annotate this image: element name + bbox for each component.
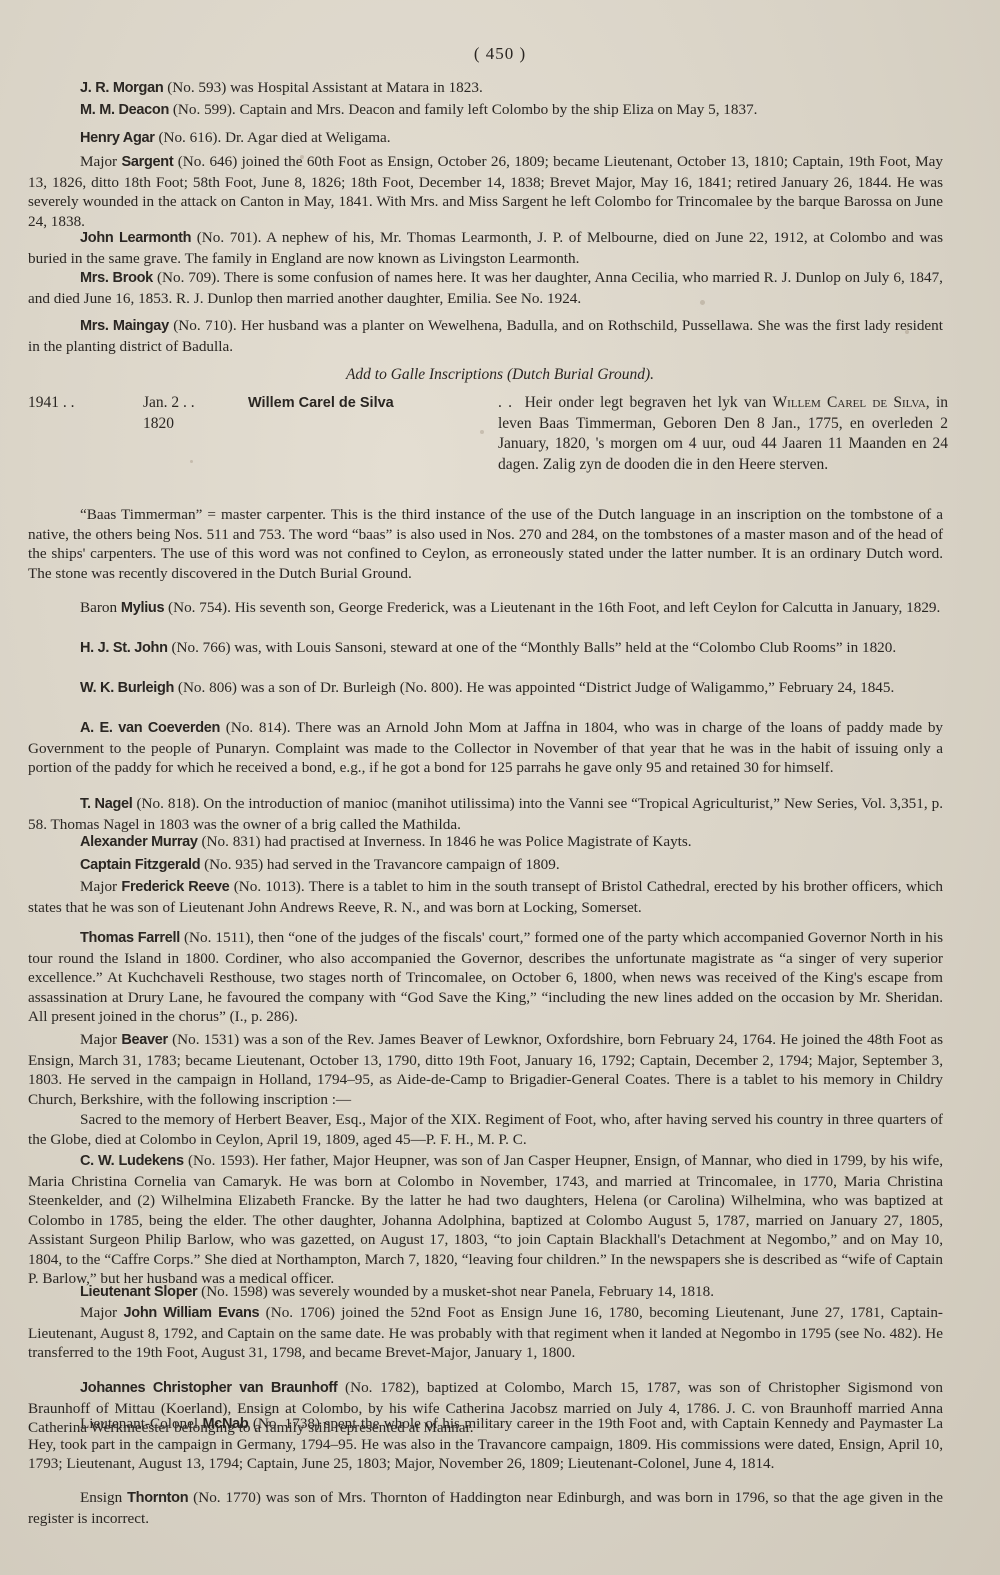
paper-spot [905,330,909,334]
entry-paragraph: Ensign Thornton (No. 1770) was son of Mr… [28,1488,943,1528]
entry-paragraph: Alexander Murray (No. 831) had practised… [28,832,943,853]
entry-paragraph: Major Sargent (No. 646) joined the 60th … [28,152,943,231]
entry-paragraph: Captain Fitzgerald (No. 935) had served … [28,855,943,876]
entry-prefix: Baron [80,599,121,616]
entry-text: “Baas Timmerman” = master carpenter. Thi… [28,506,943,582]
entry-text: (No. 616). Dr. Agar died at Weligama. [155,129,391,146]
entry-paragraph: Lieutenant-Colonel McNab (No. 1738) spen… [28,1414,943,1474]
entry-paragraph: H. J. St. John (No. 766) was, with Louis… [28,638,943,659]
entry-name: McNab [202,1416,248,1432]
entry-name: John Learmonth [80,230,191,246]
entry-paragraph: M. M. Deacon (No. 599). Captain and Mrs.… [28,100,943,121]
entry-name: Beaver [121,1032,168,1048]
entry-text: (No. 831) had practised at Inverness. In… [198,833,692,850]
entry-prefix: Ensign [80,1489,127,1506]
entry-name: Sargent [121,154,173,170]
entry-name: A. E. van Coeverden [80,720,220,736]
entry-paragraph: Lieutenant Sloper (No. 1598) was severel… [28,1282,943,1303]
entry-prefix: Major [80,1304,124,1321]
entry-text: (No. 1598) was severely wounded by a mus… [197,1283,714,1300]
entry-paragraph: J. R. Morgan (No. 593) was Hospital Assi… [28,78,943,99]
paper-spot [480,430,484,434]
entry-text: (No. 935) had served in the Travancore c… [200,856,559,873]
entry-paragraph: W. K. Burleigh (No. 806) was a son of Dr… [28,678,943,699]
entry-name: Thornton [127,1490,188,1506]
entry-name: Mrs. Brook [80,270,153,286]
entry-name: C. W. Ludekens [80,1153,184,1169]
entry-text: (No. 1593). Her father, Major Heupner, w… [28,1152,943,1287]
inscription-name: Willem Carel de Silva [248,393,394,414]
entry-name: M. M. Deacon [80,102,169,118]
inscription-number: 1941 . . [28,393,75,414]
inscription-text: . . Heir onder legt begraven het lyk van… [498,393,948,475]
entry-paragraph: Baron Mylius (No. 754). His seventh son,… [28,598,943,619]
entry-text: Sacred to the memory of Herbert Beaver, … [28,1111,943,1148]
entry-name: Thomas Farrell [80,930,180,946]
entry-name: Henry Agar [80,130,155,146]
paper-spot [300,155,304,159]
entry-text: (No. 593) was Hospital Assistant at Mata… [163,79,482,96]
entry-paragraph: Thomas Farrell (No. 1511), then “one of … [28,928,943,1027]
paper-spot [700,300,705,305]
entry-prefix: Major [80,1031,121,1048]
entry-paragraph: Major John William Evans (No. 1706) join… [28,1303,943,1363]
entry-paragraph: Mrs. Maingay (No. 710). Her husband was … [28,316,943,356]
entry-paragraph: Mrs. Brook (No. 709). There is some conf… [28,268,943,308]
entry-name: Mrs. Maingay [80,318,169,334]
entry-text: (No. 806) was a son of Dr. Burleigh (No.… [174,679,894,696]
entry-paragraph: Henry Agar (No. 616). Dr. Agar died at W… [28,128,943,149]
entry-text: (No. 599). Captain and Mrs. Deacon and f… [169,101,757,118]
paper-spot [190,460,193,463]
entry-name: Johannes Christopher van Braunhoff [80,1380,337,1396]
entry-name: John William Evans [124,1305,260,1321]
entry-name: Mylius [121,600,164,616]
entry-text: (No. 766) was, with Louis Sansoni, stewa… [168,639,897,656]
entry-name: J. R. Morgan [80,80,163,96]
entry-name: Lieutenant Sloper [80,1284,197,1300]
entry-paragraph: John Learmonth (No. 701). A nephew of hi… [28,228,943,268]
section-heading: Add to Galle Inscriptions (Dutch Burial … [0,366,1000,384]
entry-name: H. J. St. John [80,640,168,656]
entry-text: (No. 709). There is some confusion of na… [28,269,943,307]
inscription-date: Jan. 2 . . 1820 [143,393,195,434]
scanned-book-page: ( 450 ) J. R. Morgan (No. 593) was Hospi… [0,0,1000,1575]
entry-prefix: Lieutenant-Colonel [80,1415,202,1432]
entry-name: T. Nagel [80,796,133,812]
entry-paragraph: Major Beaver (No. 1531) was a son of the… [28,1030,943,1109]
entry-paragraph: “Baas Timmerman” = master carpenter. Thi… [28,505,943,583]
entry-name: Frederick Reeve [121,879,229,895]
entry-prefix: Major [80,878,121,895]
entry-name: W. K. Burleigh [80,680,174,696]
entry-paragraph: A. E. van Coeverden (No. 814). There was… [28,718,943,778]
page-number: ( 450 ) [0,44,1000,64]
entry-paragraph: Sacred to the memory of Herbert Beaver, … [28,1110,943,1149]
entry-paragraph: C. W. Ludekens (No. 1593). Her father, M… [28,1151,943,1289]
entry-name: Captain Fitzgerald [80,857,200,873]
entry-prefix: Major [80,153,121,170]
entry-text: (No. 754). His seventh son, George Frede… [164,599,940,616]
entry-paragraph: T. Nagel (No. 818). On the introduction … [28,794,943,834]
entry-name: Alexander Murray [80,834,198,850]
entry-text: (No. 818). On the introduction of manioc… [28,795,943,833]
entry-paragraph: Major Frederick Reeve (No. 1013). There … [28,877,943,917]
